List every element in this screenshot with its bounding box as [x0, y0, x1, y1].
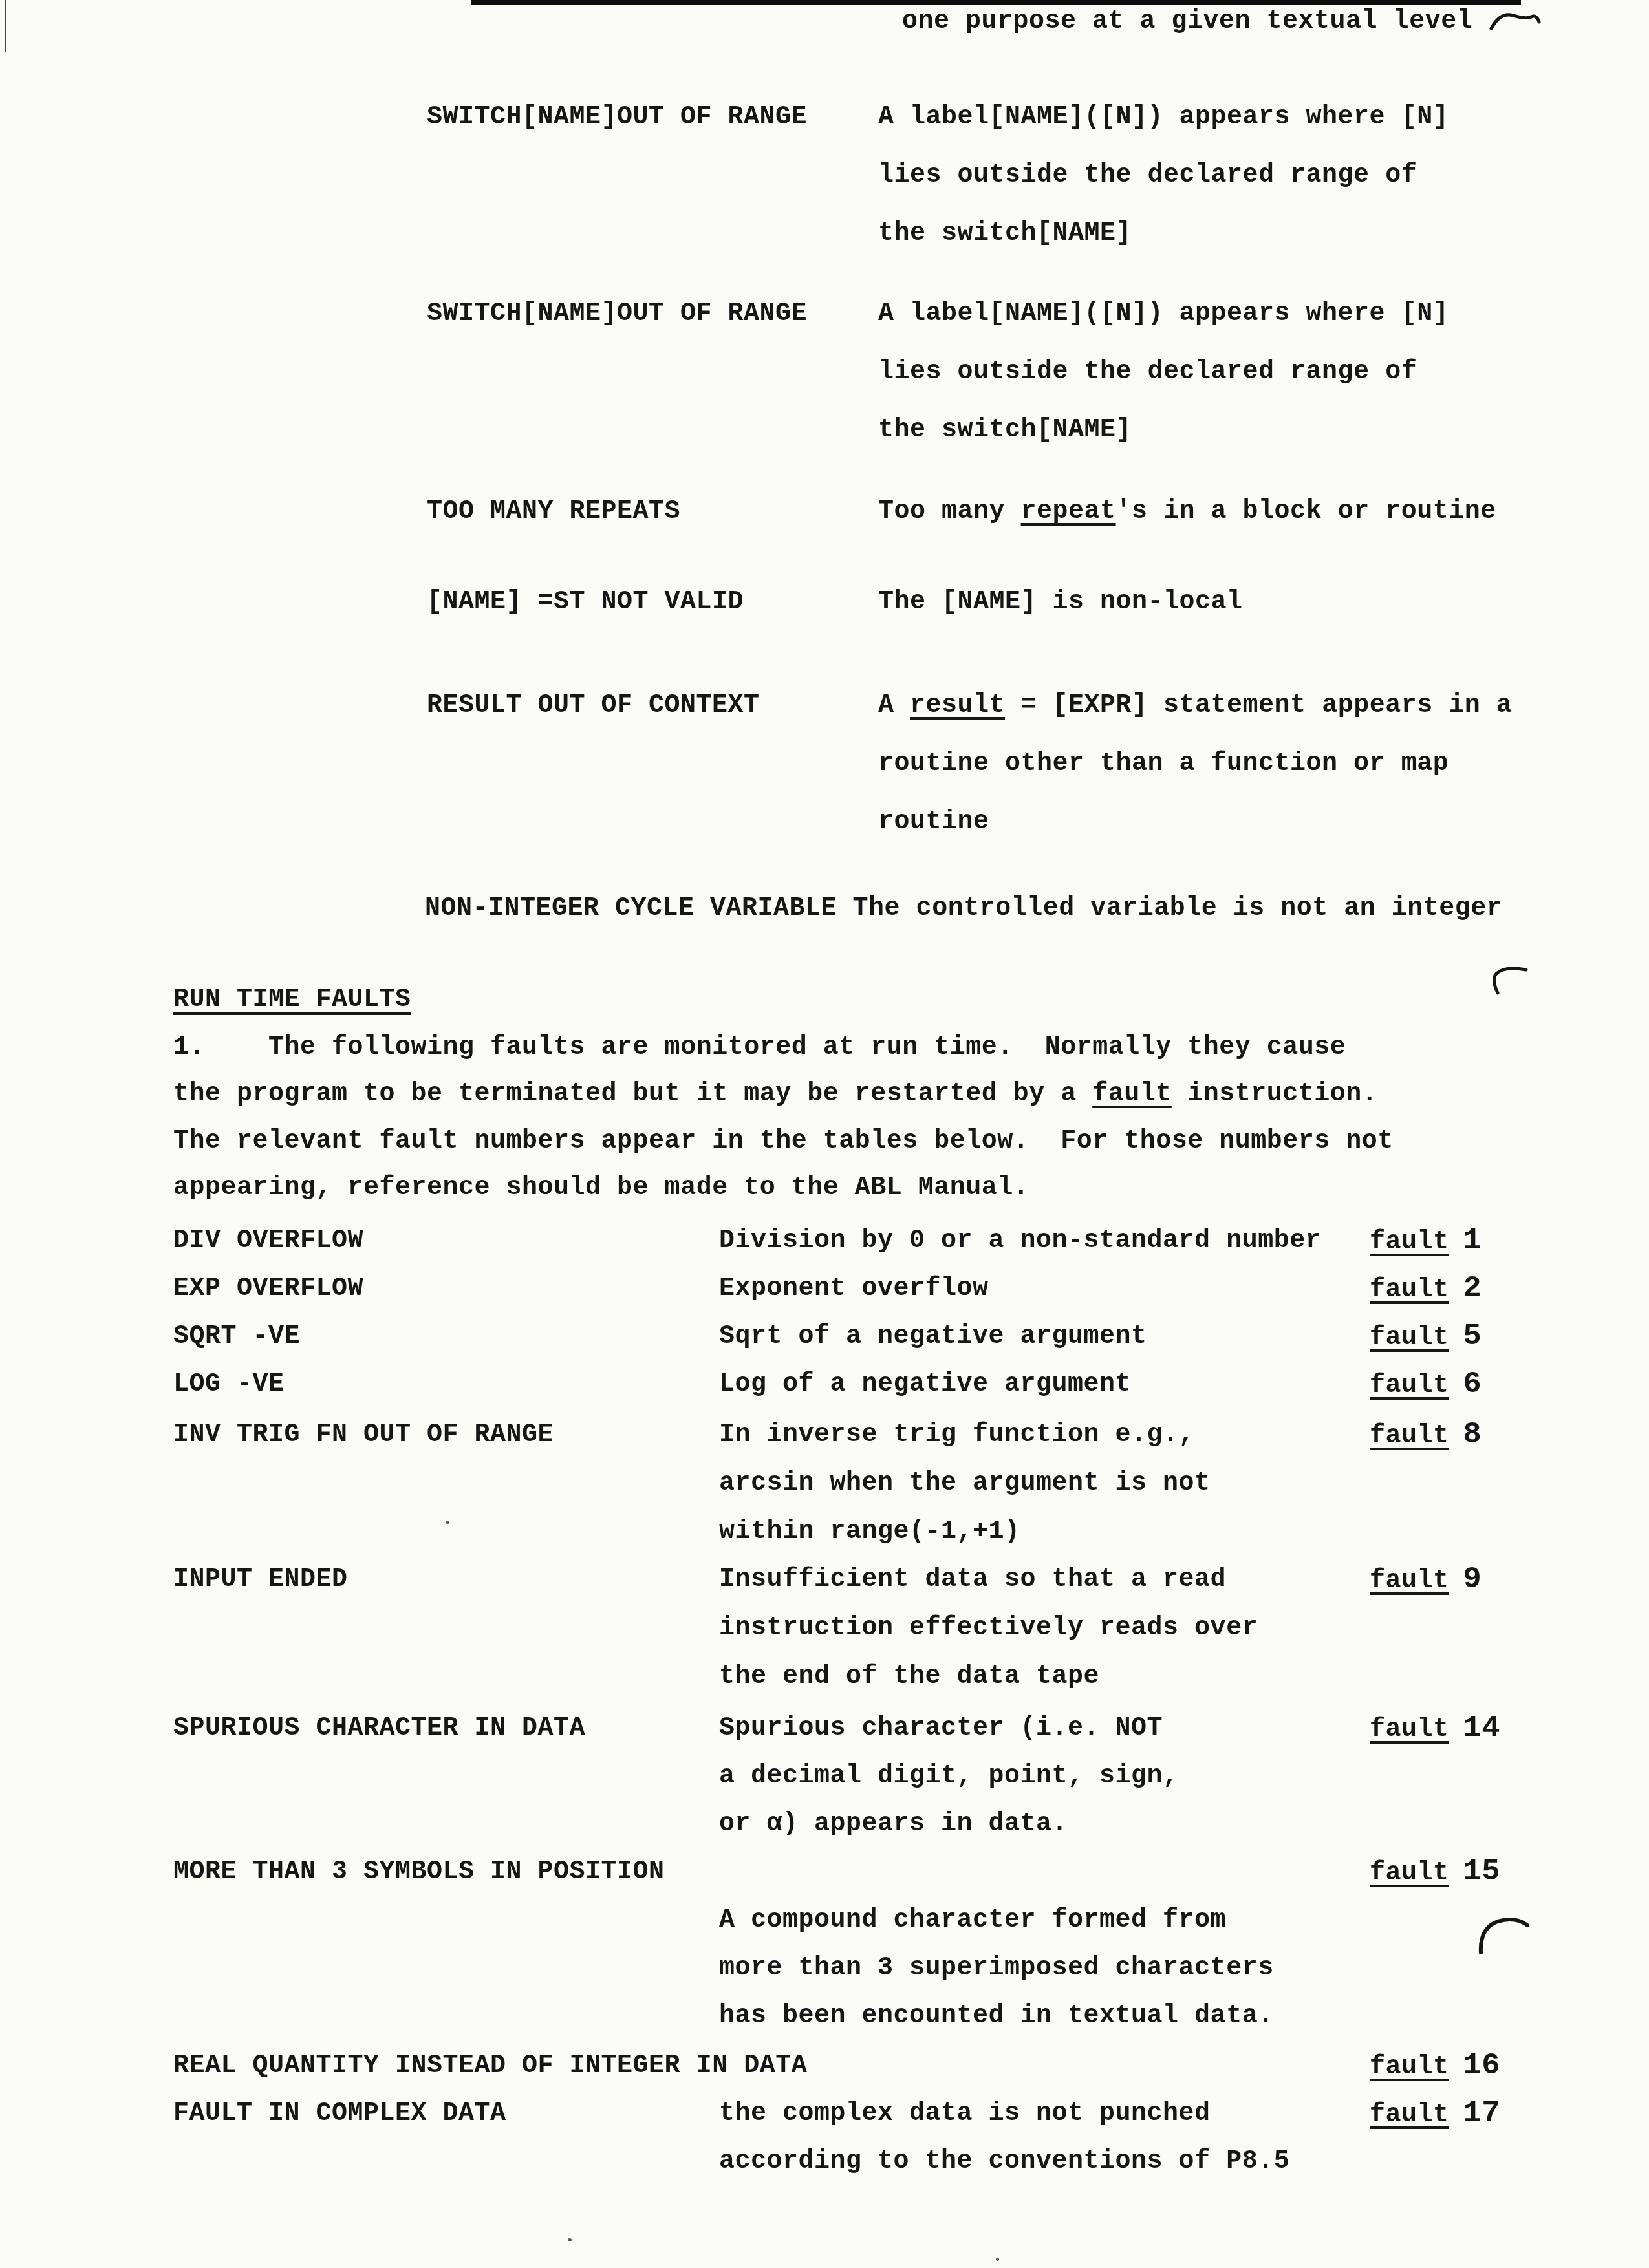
fault-desc-line: instruction effectively reads over: [719, 1613, 1258, 1644]
fault-number: 16: [1463, 2049, 1500, 2083]
fault-word: fault: [1370, 1715, 1449, 1744]
fault-desc-line: lies outside the declared range of: [878, 160, 1417, 191]
paragraph-text: the program to be terminated but it may …: [173, 1080, 1092, 1109]
fault-desc-line: the switch[NAME]: [878, 219, 1132, 250]
fault-ref: fault1: [1370, 1226, 1482, 1258]
fault-name: FAULT IN COMPLEX DATA: [173, 2099, 506, 2130]
section-heading-text: RUN TIME FAULTS: [173, 985, 411, 1014]
fault-desc-line: the end of the data tape: [719, 1662, 1099, 1693]
fault-desc-line: has been encounted in textual data.: [719, 2001, 1274, 2032]
fault-desc-line: routine: [878, 807, 989, 838]
fault-desc-line: or α) appears in data.: [719, 1809, 1068, 1840]
paragraph-text: instruction.: [1172, 1080, 1378, 1109]
scan-speck: [996, 2258, 999, 2261]
fault-name: DIV OVERFLOW: [173, 1226, 363, 1257]
fault-desc-line: Exponent overflow: [719, 1274, 989, 1305]
fault-word: fault: [1370, 2053, 1449, 2082]
fault-word: fault: [1370, 2101, 1449, 2130]
fault-name: SWITCH[NAME]OUT OF RANGE: [427, 102, 807, 133]
fault-desc-line: A label[NAME]([N]) appears where [N]: [878, 299, 1449, 330]
desc-text: Too many: [878, 497, 1021, 526]
fault-word: fault: [1370, 1859, 1449, 1888]
fault-desc-line: the switch[NAME]: [878, 415, 1132, 446]
paragraph-line: The relevant fault numbers appear in the…: [173, 1126, 1394, 1157]
paragraph-line: appearing, reference should be made to t…: [173, 1173, 1029, 1204]
section-heading: RUN TIME FAULTS: [173, 985, 411, 1016]
pen-mark-icon: [1489, 8, 1543, 37]
fault-desc-line: the complex data is not punched: [719, 2099, 1211, 2130]
paragraph-line: the program to be terminated but it may …: [173, 1079, 1377, 1110]
fault-ref: fault14: [1370, 1713, 1500, 1746]
fault-ref: fault2: [1370, 1274, 1482, 1306]
fault-desc-line: Too many repeat's in a block or routine: [878, 497, 1496, 528]
fault-ref: fault6: [1370, 1369, 1482, 1402]
fault-desc-line: Division by 0 or a non-standard number: [719, 1226, 1321, 1257]
fault-name-and-desc: NON-INTEGER CYCLE VARIABLE The controlle…: [425, 893, 1502, 925]
fault-desc-line: In inverse trig function e.g.,: [719, 1420, 1194, 1451]
pen-mark-icon: [1486, 965, 1530, 997]
fault-ref: fault17: [1370, 2099, 1500, 2131]
fault-name: SPURIOUS CHARACTER IN DATA: [173, 1713, 585, 1744]
fault-ref: fault15: [1370, 1857, 1500, 1889]
fault-desc-line: according to the conventions of P8.5: [719, 2146, 1289, 2177]
fault-word: fault: [1370, 1228, 1449, 1257]
fault-name: SWITCH[NAME]OUT OF RANGE: [427, 299, 807, 330]
fault-number: 1: [1463, 1224, 1482, 1258]
fault-name: [NAME] =ST NOT VALID: [427, 587, 744, 618]
fault-word: fault: [1370, 1276, 1449, 1305]
underlined-word: result: [910, 691, 1005, 720]
fault-name: TOO MANY REPEATS: [427, 497, 680, 528]
fault-desc-line: A label[NAME]([N]) appears where [N]: [878, 102, 1449, 133]
page-edge-line: [471, 0, 1521, 5]
fault-number: 2: [1463, 1272, 1482, 1306]
fault-word: fault: [1370, 1371, 1449, 1400]
fault-word: fault: [1370, 1323, 1449, 1353]
fault-desc-line: A compound character formed from: [719, 1905, 1226, 1936]
desc-text: A: [878, 691, 910, 720]
fault-desc-line: lies outside the declared range of: [878, 357, 1417, 388]
fault-desc-line: a decimal digit, point, sign,: [719, 1761, 1179, 1792]
fault-name: RESULT OUT OF CONTEXT: [427, 690, 760, 722]
fault-name: EXP OVERFLOW: [173, 1274, 363, 1305]
fault-desc-line: Spurious character (i.e. NOT: [719, 1713, 1163, 1744]
pen-mark-icon: [1476, 1915, 1534, 1956]
scanned-manual-page: one purpose at a given textual level SWI…: [0, 0, 1649, 2268]
fault-word: fault: [1370, 1567, 1449, 1596]
scan-speck: [568, 2238, 572, 2241]
fault-name: REAL QUANTITY INSTEAD OF INTEGER IN DATA: [173, 2051, 807, 2082]
underlined-word: repeat: [1021, 497, 1116, 526]
fault-number: 5: [1463, 1320, 1482, 1354]
fault-desc-line: Log of a negative argument: [719, 1369, 1131, 1400]
fault-ref: fault16: [1370, 2051, 1500, 2083]
paragraph-line: 1. The following faults are monitored at…: [173, 1032, 1346, 1064]
fault-name: INPUT ENDED: [173, 1565, 348, 1596]
desc-text: 's in a block or routine: [1116, 497, 1496, 526]
fault-number: 9: [1463, 1563, 1482, 1597]
fault-number: 15: [1463, 1855, 1500, 1889]
header-carryover-line: one purpose at a given textual level: [902, 6, 1472, 37]
fault-desc-line: Insufficient data so that a read: [719, 1565, 1226, 1596]
fault-desc-line: arcsin when the argument is not: [719, 1468, 1211, 1499]
fault-name: LOG -VE: [173, 1369, 285, 1400]
fault-name: INV TRIG FN OUT OF RANGE: [173, 1420, 554, 1451]
fault-number: 8: [1463, 1418, 1482, 1452]
scan-speck: [446, 1521, 449, 1524]
page-corner-line: [5, 0, 6, 52]
fault-name: MORE THAN 3 SYMBOLS IN POSITION: [173, 1857, 665, 1888]
fault-number: 14: [1463, 1711, 1500, 1746]
desc-text: = [EXPR] statement appears in a: [1005, 691, 1512, 720]
fault-desc-line: A result = [EXPR] statement appears in a: [878, 690, 1512, 722]
fault-name: SQRT -VE: [173, 1321, 300, 1353]
fault-desc-line: routine other than a function or map: [878, 749, 1449, 780]
fault-desc-line: Sqrt of a negative argument: [719, 1321, 1147, 1353]
fault-desc-line: more than 3 superimposed characters: [719, 1953, 1274, 1984]
fault-number: 6: [1463, 1367, 1482, 1402]
fault-word: fault: [1370, 1422, 1449, 1451]
fault-ref: fault5: [1370, 1321, 1482, 1354]
underlined-word: fault: [1092, 1080, 1172, 1109]
fault-number: 17: [1463, 2097, 1500, 2131]
fault-ref: fault9: [1370, 1565, 1482, 1597]
fault-ref: fault8: [1370, 1420, 1482, 1452]
fault-desc-line: The [NAME] is non-local: [878, 587, 1243, 618]
fault-desc-line: within range(-1,+1): [719, 1517, 1020, 1548]
